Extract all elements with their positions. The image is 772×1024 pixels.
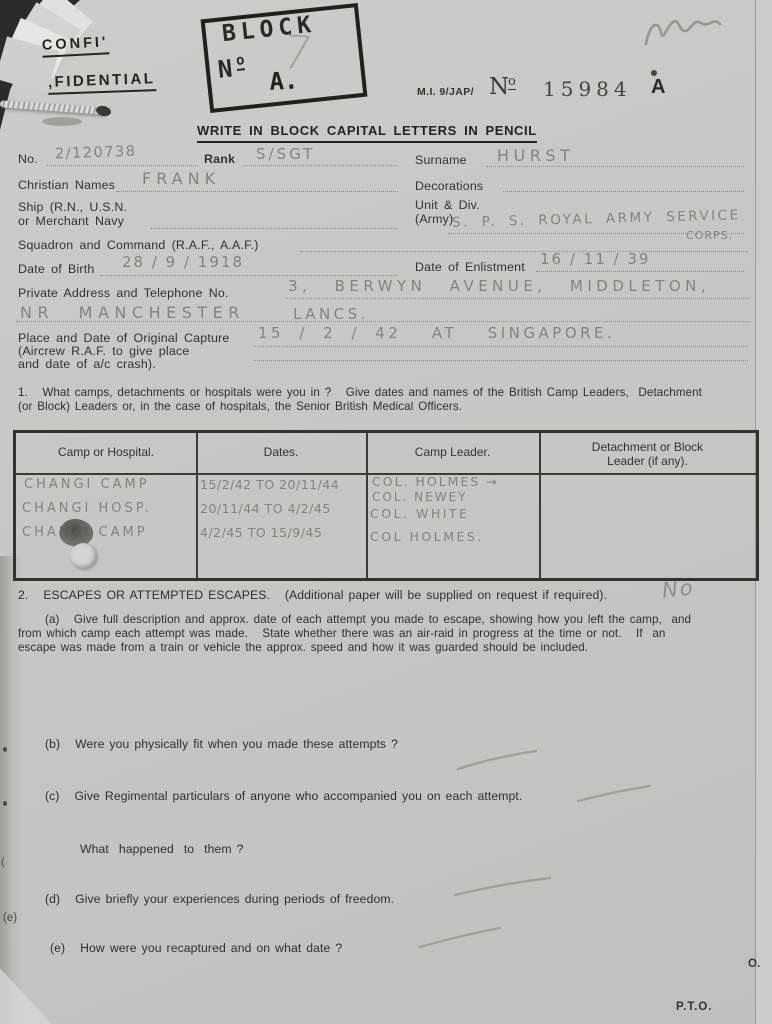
capture-dotted-line-2 bbox=[253, 360, 748, 361]
field-rank-value: S/SGT bbox=[256, 145, 315, 163]
table-dates-1: 15/2/42 TO 20/11/44 bbox=[200, 477, 339, 492]
rank-dotted-line bbox=[243, 165, 398, 166]
pencil-scribble bbox=[646, 21, 720, 44]
enlist-dotted-line bbox=[536, 271, 744, 272]
table-camp-2: CHANGI HOSP. bbox=[22, 501, 152, 516]
field-address-value-1: 3, BERWYN AVENUE, MIDDLETON, bbox=[288, 277, 710, 295]
field-christian-label: Christian Names bbox=[18, 178, 115, 192]
table-leader-3: COL. WHITE bbox=[370, 506, 469, 521]
pto-label: P.T.O. bbox=[676, 1001, 712, 1013]
field-rank-label: Rank bbox=[204, 152, 235, 166]
block-stamp-no-n: N bbox=[216, 55, 233, 84]
section2-b: (b) Were you physically fit when you mad… bbox=[45, 737, 398, 751]
field-ship-label-line2: or Merchant Navy bbox=[18, 214, 124, 228]
serial-no-o: o bbox=[508, 74, 516, 90]
confidential-stamp-upper: CONFI' bbox=[42, 34, 110, 57]
table-dates-2: 20/11/44 TO 4/2/45 bbox=[200, 501, 331, 516]
squadron-dotted-line bbox=[300, 251, 748, 252]
section2-a-line1: (a) Give full description and approx. da… bbox=[45, 613, 691, 626]
table-header-leader: Camp Leader. bbox=[366, 445, 539, 459]
address-dotted-line-2 bbox=[16, 321, 750, 322]
field-no-label: No. bbox=[18, 152, 38, 166]
table-leader-2: COL. NEWEY bbox=[372, 490, 467, 504]
field-ship-label-line1: Ship (R.N., U.S.N. bbox=[18, 200, 127, 214]
dob-dotted-line bbox=[100, 275, 398, 276]
address-dotted-line-1 bbox=[285, 298, 750, 299]
serial-suffix: A bbox=[651, 76, 665, 99]
pow-questionnaire-page: ( (e) CONFI' ‚FIDENTIAL BLOCK N o 7 A. M… bbox=[0, 0, 772, 1024]
section2-a-line3: escape was made from a train or vehicle … bbox=[18, 641, 588, 654]
decorations-dotted-line bbox=[503, 191, 744, 192]
table-header-dates: Dates. bbox=[196, 445, 366, 459]
field-surname-label: Surname bbox=[415, 153, 467, 167]
field-enlist-value: 16 / 11 / 39 bbox=[540, 250, 650, 268]
field-unit-value-2: CORPS. bbox=[686, 229, 733, 242]
table-leader-1: COL. HOLMES → bbox=[372, 474, 499, 489]
string-knot-shadow bbox=[42, 117, 82, 126]
section2-e: (e) How were you recaptured and on what … bbox=[50, 941, 342, 955]
under-page-paren-mark: ( bbox=[1, 856, 5, 868]
confidential-stamp-lower: ‚FIDENTIAL bbox=[48, 70, 156, 95]
section2-d: (d) Give briefly your experiences during… bbox=[45, 892, 394, 906]
field-dob-label: Date of Birth bbox=[18, 262, 94, 276]
under-page-e-mark: (e) bbox=[3, 912, 17, 924]
string-hole bbox=[95, 105, 112, 118]
field-unit-value: S. P. S. ROYAL ARMY SERVICE bbox=[452, 207, 741, 231]
pencil-dash-e bbox=[420, 928, 500, 947]
field-decorations-label: Decorations bbox=[415, 179, 483, 193]
pencil-dash-c bbox=[578, 786, 650, 801]
field-no-value: 2/120738 bbox=[55, 144, 137, 163]
christian-dotted-line bbox=[116, 191, 398, 192]
serial-number: 15984 bbox=[543, 77, 632, 101]
field-christian-value: FRANK bbox=[142, 169, 220, 188]
no-dotted-line bbox=[46, 165, 198, 166]
field-capture-value: 15 / 2 / 42 AT SINGAPORE. bbox=[258, 324, 615, 342]
field-enlist-label: Date of Enlistment bbox=[415, 260, 525, 274]
punch-hole bbox=[70, 543, 97, 569]
section2-c: (c) Give Regimental particulars of anyon… bbox=[45, 789, 522, 803]
section2-answer-no: No bbox=[661, 575, 696, 602]
field-capture-label-line3: and date of a/c crash). bbox=[18, 357, 156, 371]
field-dob-value: 28 / 9 / 1918 bbox=[122, 253, 244, 271]
file-string bbox=[0, 100, 108, 115]
under-page-dot-2 bbox=[3, 801, 7, 806]
section2-heading: 2. ESCAPES OR ATTEMPTED ESCAPES. (Additi… bbox=[18, 588, 607, 602]
question1-line2: (or Block) Leaders or, in the case of ho… bbox=[18, 400, 462, 413]
ship-dotted-line bbox=[150, 228, 398, 229]
pencil-dash-d bbox=[455, 878, 550, 895]
form-title: WRITE IN BLOCK CAPITAL LETTERS IN PENCIL bbox=[197, 123, 537, 143]
section2-a-line2: from which camp each attempt was made. S… bbox=[18, 627, 665, 640]
table-camp-1: CHANGI CAMP bbox=[24, 477, 150, 492]
question1-line1: 1. What camps, detachments or hospitals … bbox=[18, 386, 702, 399]
under-page-dot-1 bbox=[3, 747, 7, 752]
field-address-label: Private Address and Telephone No. bbox=[18, 286, 229, 300]
field-squadron-label: Squadron and Command (R.A.F., A.A.F.) bbox=[18, 238, 259, 252]
field-address-value-2: NR MANCHESTER bbox=[20, 303, 245, 322]
field-unit-label-line2: (Army) bbox=[415, 212, 453, 226]
edge-o-fragment: O. bbox=[748, 958, 760, 970]
block-stamp-no-o: o bbox=[235, 52, 245, 71]
section2-what-happened: What happened to them ? bbox=[80, 842, 244, 856]
camps-table: Camp or Hospital. Dates. Camp Leader. De… bbox=[13, 430, 759, 581]
pencil-dash-b bbox=[458, 751, 536, 769]
surname-dotted-line bbox=[486, 166, 744, 167]
block-stamp-letter: A. bbox=[269, 66, 299, 95]
table-leader-4: COL HOLMES. bbox=[370, 529, 484, 544]
field-unit-label-line1: Unit & Div. bbox=[415, 198, 480, 212]
table-header-detachment-line1: Detachment or Block bbox=[539, 440, 756, 454]
block-number-stamp: BLOCK N o 7 A. bbox=[201, 3, 368, 113]
file-reference: M.I. 9/JAP/ bbox=[417, 86, 474, 98]
table-header-detachment-line2: Leader (if any). bbox=[539, 454, 756, 468]
table-header-camp: Camp or Hospital. bbox=[16, 445, 196, 459]
field-capture-label-line2: (Aircrew R.A.F. to give place bbox=[18, 344, 189, 358]
field-surname-value: HURST bbox=[497, 146, 574, 165]
field-capture-label-line1: Place and Date of Original Capture bbox=[18, 331, 229, 345]
table-dates-3: 4/2/45 TO 15/9/45 bbox=[200, 525, 322, 540]
capture-dotted-line-1 bbox=[253, 346, 748, 347]
serial-no-n: N bbox=[489, 74, 509, 100]
unit-dotted-line bbox=[448, 233, 744, 234]
